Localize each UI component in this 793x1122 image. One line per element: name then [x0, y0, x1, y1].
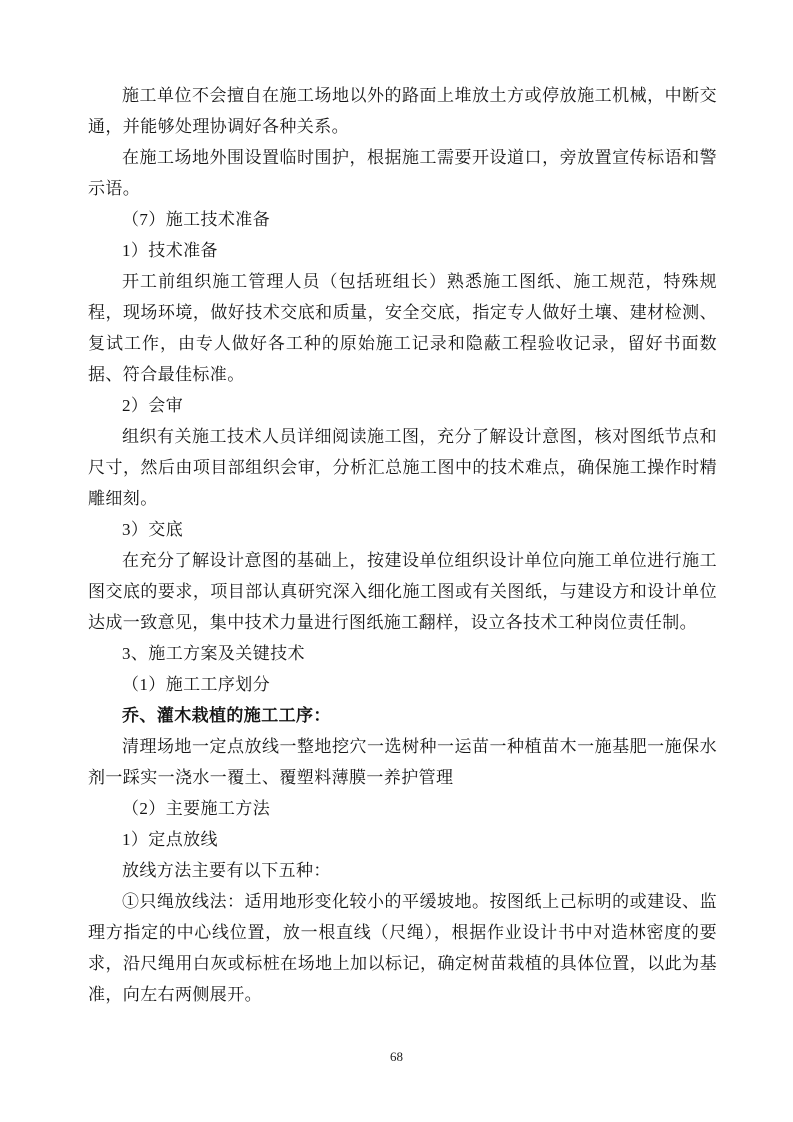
para-process-flow: 清理场地一定点放线一整地挖穴一选树种一运苗一种植苗木一施基肥一施保水剂一踩实一浇…: [88, 731, 717, 793]
heading-disclosure: 3）交底: [88, 514, 717, 545]
para-setting-out-methods-intro: 放线方法主要有以下五种：: [88, 855, 717, 886]
heading-setting-out: 1）定点放线: [88, 824, 717, 855]
para-no-unauthorized-stacking: 施工单位不会擅自在施工场地以外的路面上堆放土方或停放施工机械，中断交通，并能够处…: [88, 80, 717, 142]
document-page: 施工单位不会擅自在施工场地以外的路面上堆放土方或停放施工机械，中断交通，并能够处…: [0, 0, 793, 1122]
page-number: 68: [0, 1048, 793, 1066]
document-body: 施工单位不会擅自在施工场地以外的路面上堆放土方或停放施工机械，中断交通，并能够处…: [88, 80, 717, 1010]
para-rope-setting-out-method: ①只绳放线法：适用地形变化较小的平缓坡地。按图纸上己标明的或建设、监理方指定的中…: [88, 886, 717, 1010]
heading-construction-scheme-key-tech: 3、施工方案及关键技术: [88, 638, 717, 669]
heading-technical-preparation: 1）技术准备: [88, 235, 717, 266]
heading-main-construction-methods: （2）主要施工方法: [88, 793, 717, 824]
para-site-enclosure: 在施工场地外围设置临时围护，根据施工需要开设道口，旁放置宣传标语和警示语。: [88, 142, 717, 204]
heading-joint-review: 2）会审: [88, 390, 717, 421]
para-disclosure-detail: 在充分了解设计意图的基础上，按建设单位组织设计单位向施工单位进行施工图交底的要求…: [88, 545, 717, 638]
para-pre-construction-organization: 开工前组织施工管理人员（包括班组长）熟悉施工图纸、施工规范，特殊规程，现场环境，…: [88, 266, 717, 390]
heading-construction-tech-preparation: （7）施工技术准备: [88, 204, 717, 235]
heading-process-division: （1）施工工序划分: [88, 669, 717, 700]
para-joint-review-detail: 组织有关施工技术人员详细阅读施工图，充分了解设计意图，核对图纸节点和尺寸，然后由…: [88, 421, 717, 514]
para-tree-shrub-process-title: 乔、灌木栽植的施工工序：: [88, 700, 717, 731]
